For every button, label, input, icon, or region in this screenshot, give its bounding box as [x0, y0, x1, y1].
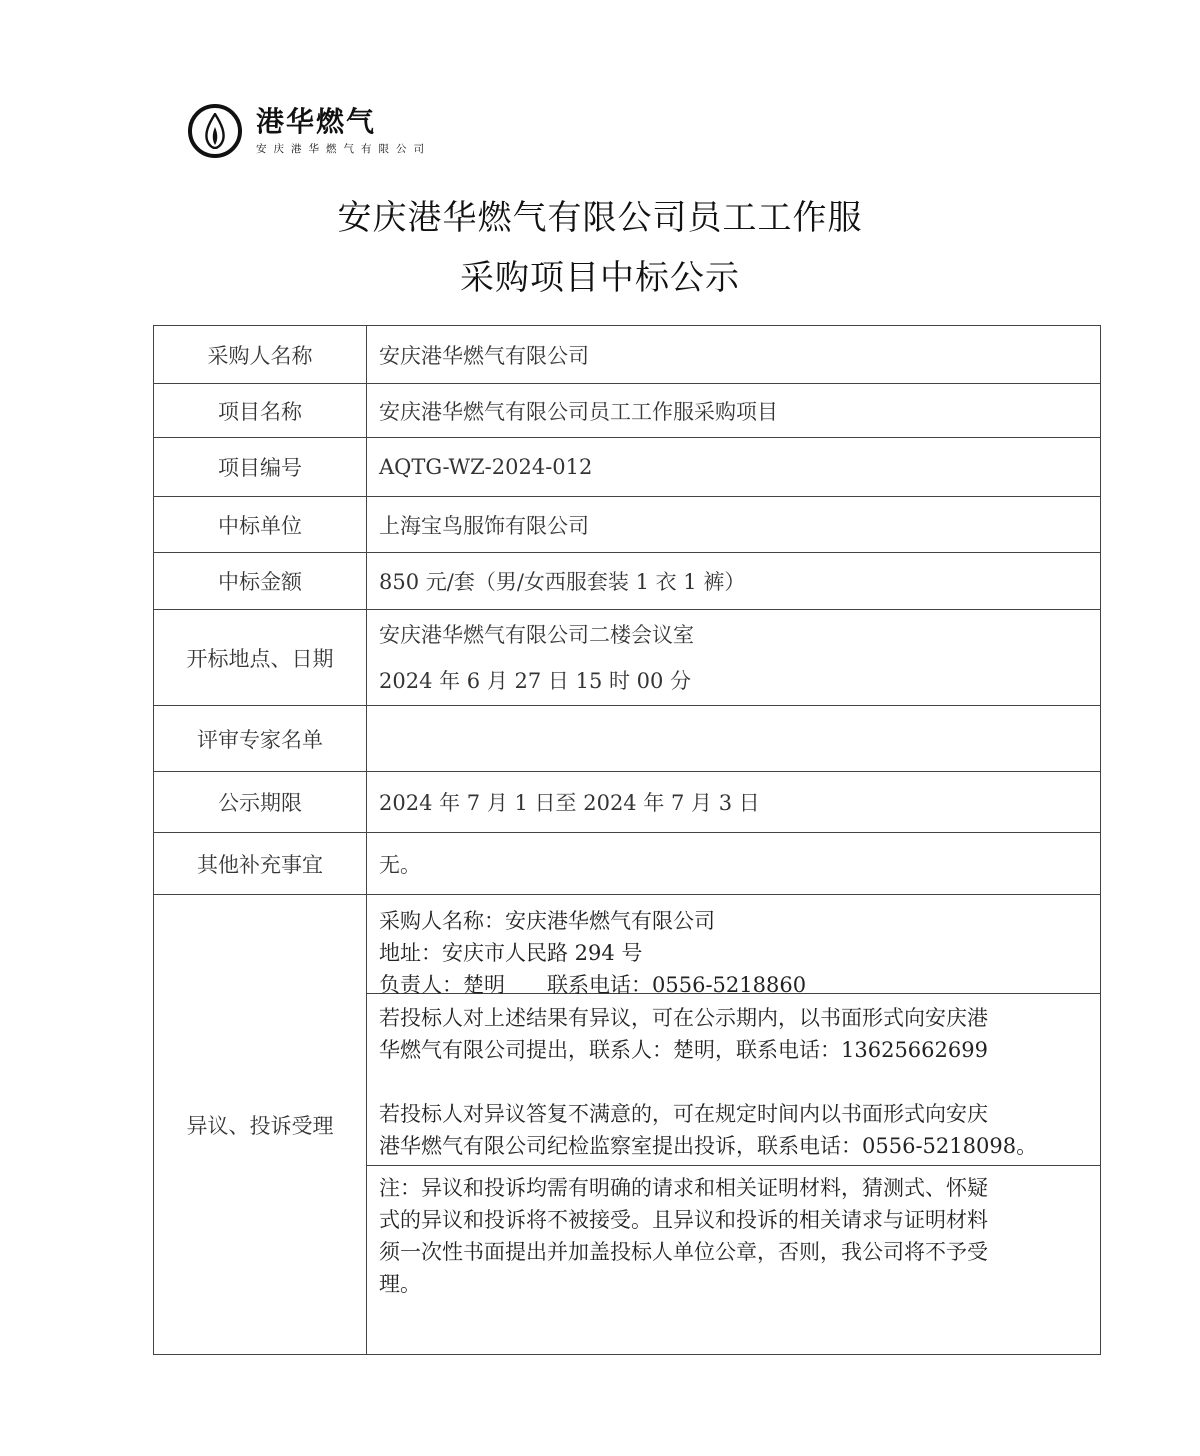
- row-label: 其他补充事宜: [154, 833, 367, 895]
- row-label: 采购人名称: [154, 326, 367, 384]
- table-row: 采购人名称 安庆港华燃气有限公司: [154, 326, 1101, 384]
- row-value: 安庆港华燃气有限公司: [367, 326, 1101, 384]
- company-logo: 港华燃气 安庆港华燃气有限公司: [188, 101, 431, 161]
- row-label: 评审专家名单: [154, 706, 367, 772]
- table-row: 其他补充事宜 无。: [154, 833, 1101, 895]
- table-row: 异议、投诉受理 采购人名称：安庆港华燃气有限公司 地址：安庆市人民路 294 号…: [154, 895, 1101, 1355]
- logo-company: 安庆港华燃气有限公司: [256, 141, 431, 156]
- table-row: 中标金额 850 元/套（男/女西服套装 1 衣 1 裤）: [154, 553, 1101, 610]
- row-value: 安庆港华燃气有限公司二楼会议室 2024 年 6 月 27 日 15 时 00 …: [367, 610, 1101, 706]
- purchaser-address: 地址：安庆市人民路 294 号: [379, 937, 1088, 969]
- row-value: 2024 年 7 月 1 日至 2024 年 7 月 3 日: [367, 772, 1101, 833]
- bid-opening-date: 2024 年 6 月 27 日 15 时 00 分: [379, 658, 1092, 704]
- award-notice-table: 采购人名称 安庆港华燃气有限公司 项目名称 安庆港华燃气有限公司员工工作服采购项…: [153, 325, 1101, 1355]
- logo-brand: 港华燃气: [256, 107, 431, 137]
- note-line: 理。: [379, 1268, 1088, 1300]
- page-subtitle: 采购项目中标公示: [0, 250, 1200, 299]
- page-title: 安庆港华燃气有限公司员工工作服: [0, 190, 1200, 239]
- note-line: 式的异议和投诉将不被接受。且异议和投诉的相关请求与证明材料: [379, 1204, 1088, 1236]
- row-label: 中标单位: [154, 497, 367, 553]
- row-value: [367, 706, 1101, 772]
- complaint-line: 港华燃气有限公司纪检监察室提出投诉，联系电话：0556-5218098。: [379, 1130, 1088, 1162]
- row-label: 公示期限: [154, 772, 367, 833]
- flame-icon: [188, 104, 242, 158]
- table-row: 开标地点、日期 安庆港华燃气有限公司二楼会议室 2024 年 6 月 27 日 …: [154, 610, 1101, 706]
- objection-complaint-block: 若投标人对上述结果有异议，可在公示期内，以书面形式向安庆港 华燃气有限公司提出，…: [367, 993, 1100, 1165]
- table-row: 项目编号 AQTG-WZ-2024-012: [154, 438, 1101, 497]
- bid-opening-location: 安庆港华燃气有限公司二楼会议室: [379, 612, 1092, 658]
- row-label: 项目名称: [154, 384, 367, 438]
- row-label: 中标金额: [154, 553, 367, 610]
- complaints-cell: 采购人名称：安庆港华燃气有限公司 地址：安庆市人民路 294 号 负责人：楚明 …: [367, 895, 1101, 1355]
- spacer: [379, 1066, 1088, 1098]
- table-row: 项目名称 安庆港华燃气有限公司员工工作服采购项目: [154, 384, 1101, 438]
- row-value: AQTG-WZ-2024-012: [367, 438, 1101, 497]
- complaint-line: 若投标人对异议答复不满意的，可在规定时间内以书面形式向安庆: [379, 1098, 1088, 1130]
- table-row: 公示期限 2024 年 7 月 1 日至 2024 年 7 月 3 日: [154, 772, 1101, 833]
- row-label: 项目编号: [154, 438, 367, 497]
- note-line: 须一次性书面提出并加盖投标人单位公章，否则，我公司将不予受: [379, 1236, 1088, 1268]
- row-label: 开标地点、日期: [154, 610, 367, 706]
- row-value: 850 元/套（男/女西服套装 1 衣 1 裤）: [367, 553, 1101, 610]
- note-line: 注：异议和投诉均需有明确的请求和相关证明材料，猜测式、怀疑: [379, 1172, 1088, 1204]
- table-row: 中标单位 上海宝鸟服饰有限公司: [154, 497, 1101, 553]
- purchaser-contact-block: 采购人名称：安庆港华燃气有限公司 地址：安庆市人民路 294 号 负责人：楚明 …: [367, 895, 1100, 993]
- note-block: 注：异议和投诉均需有明确的请求和相关证明材料，猜测式、怀疑 式的异议和投诉将不被…: [367, 1165, 1100, 1310]
- table-row: 评审专家名单: [154, 706, 1101, 772]
- objection-line: 华燃气有限公司提出，联系人：楚明，联系电话：13625662699: [379, 1034, 1088, 1066]
- purchaser-name: 采购人名称：安庆港华燃气有限公司: [379, 905, 1088, 937]
- row-value: 上海宝鸟服饰有限公司: [367, 497, 1101, 553]
- row-value: 无。: [367, 833, 1101, 895]
- objection-line: 若投标人对上述结果有异议，可在公示期内，以书面形式向安庆港: [379, 1002, 1088, 1034]
- row-label: 异议、投诉受理: [154, 895, 367, 1355]
- row-value: 安庆港华燃气有限公司员工工作服采购项目: [367, 384, 1101, 438]
